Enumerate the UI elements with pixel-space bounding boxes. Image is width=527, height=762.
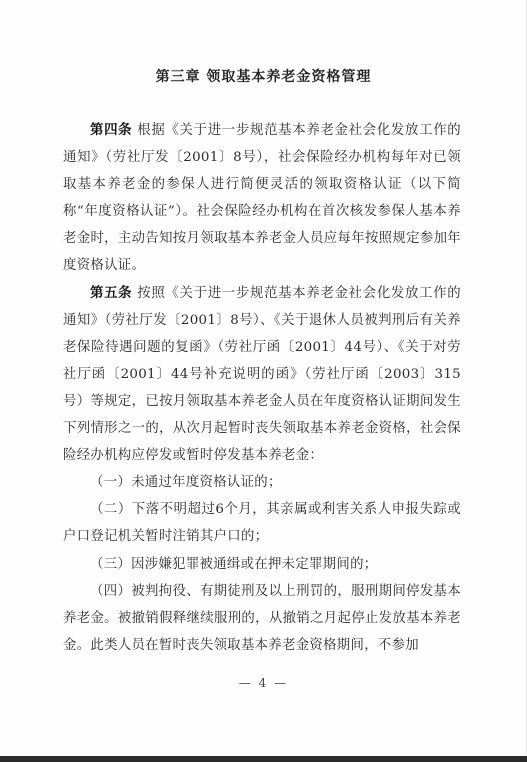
list-item: （一）未通过年度资格认证的； bbox=[63, 469, 461, 496]
list-item: （四）被判拘役、有期徒刑及以上刑罚的，服刑期间停发基本养老金。被撤销假释继续服刑… bbox=[63, 578, 461, 659]
article-4: 第四条 根据《关于进一步规范基本养老金社会化发放工作的通知》（劳社厅发〔2001… bbox=[63, 117, 461, 280]
page-number: — 4 — bbox=[0, 676, 527, 690]
document-page: 第三章 领取基本养老金资格管理 第四条 根据《关于进一步规范基本养老金社会化发放… bbox=[0, 0, 527, 756]
article-label: 第四条 bbox=[90, 122, 132, 138]
article-label: 第五条 bbox=[90, 285, 132, 301]
list-item: （二）下落不明超过6个月，其亲属或利害关系人申报失踪或户口登记机关暂时注销其户口… bbox=[63, 496, 461, 550]
viewer-bottom-bar bbox=[0, 756, 527, 762]
document-body: 第四条 根据《关于进一步规范基本养老金社会化发放工作的通知》（劳社厅发〔2001… bbox=[63, 117, 461, 659]
article-text: 根据《关于进一步规范基本养老金社会化发放工作的通知》（劳社厅发〔2001〕8号）… bbox=[63, 123, 461, 273]
article-text: 按照《关于进一步规范基本养老金社会化发放工作的通知》（劳社厅发〔2001〕8号）… bbox=[63, 286, 461, 464]
chapter-title: 第三章 领取基本养老金资格管理 bbox=[0, 66, 527, 86]
article-5: 第五条 按照《关于进一步规范基本养老金社会化发放工作的通知》（劳社厅发〔2001… bbox=[63, 280, 461, 470]
list-item: （三）因涉嫌犯罪被通缉或在押未定罪期间的； bbox=[63, 551, 461, 578]
